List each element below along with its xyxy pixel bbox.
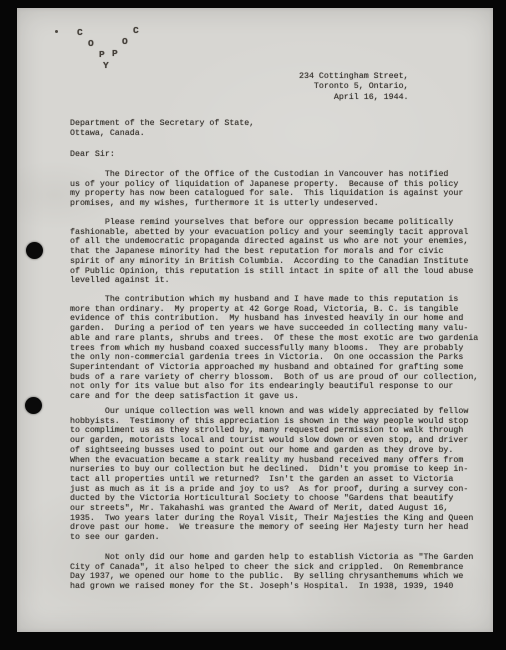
paragraph-2: Please remind yourselves that before our… [70,218,473,286]
sender-address: 234 Cottingham Street, Toronto 5, Ontari… [299,72,409,103]
paragraph-3: The contribution which my husband and I … [70,295,478,402]
salutation: Dear Sir: [70,150,115,160]
copy-stamp-letter: P [112,48,118,59]
copy-stamp-letter: C [133,25,139,36]
hole-punch-top [26,242,43,259]
copy-stamp-letter: O [88,38,94,49]
hole-punch-bottom [25,397,42,414]
copy-stamp-letter: Y [103,60,109,71]
paragraph-5: Not only did our home and garden help to… [70,553,473,592]
copy-stamp-letter: C [77,27,83,38]
copy-stamp-letter: P [99,49,105,60]
paragraph-4: Our unique collection was well known and… [70,407,473,543]
copy-stamp-letter: O [122,36,128,47]
scan-background: C O P Y P O C 234 Cottingham Street, Tor… [0,0,506,650]
ink-speck [55,30,58,33]
recipient-address: Department of the Secretary of State, Ot… [70,119,254,140]
letter-page: C O P Y P O C 234 Cottingham Street, Tor… [17,8,493,632]
paragraph-1: The Director of the Office of the Custod… [70,170,463,209]
